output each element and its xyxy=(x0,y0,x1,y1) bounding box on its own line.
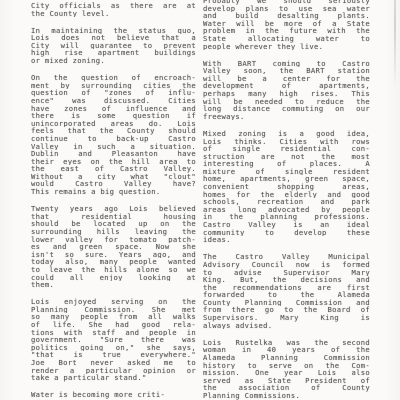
text-line: Joe Bort never asked me to xyxy=(31,359,196,367)
text-line: so many people from all walks xyxy=(31,313,196,321)
text-line: Mixed zoning is a good idea, xyxy=(203,130,370,138)
text-line: ence" was discussed. Cities xyxy=(31,97,196,105)
text-line: City will guarantee to prevent xyxy=(31,42,196,50)
paragraph: Lois enjoyed serving on thePlanning Comm… xyxy=(31,298,196,382)
text-line: will be a center for the xyxy=(203,75,370,83)
text-line: have zones of influence and xyxy=(31,105,196,113)
text-line: interesting of places. A xyxy=(203,160,370,168)
text-line: King. But, the decisions and xyxy=(203,276,370,284)
text-line: Water will be more of a State xyxy=(203,20,370,28)
text-line: surrounding hills leaving the xyxy=(31,228,196,236)
text-line: On the question of encroach- xyxy=(31,74,196,82)
paragraph: Mixed zoning is a good idea,Lois thinks.… xyxy=(203,130,370,244)
text-line: long distance commuting on our xyxy=(203,105,370,113)
text-line: Lois enjoyed serving on the xyxy=(31,298,196,306)
text-line: perhaps many high rises. This xyxy=(203,90,370,98)
text-line: Planning Commission. She met xyxy=(31,306,196,314)
text-line: from there go to the Board of xyxy=(203,306,370,314)
text-line: always advised. xyxy=(203,322,370,330)
text-line: or mixed zoning. xyxy=(31,57,196,65)
text-line: would Castro Valley have? xyxy=(31,180,196,188)
text-line: politics going on," she says, xyxy=(31,344,196,352)
text-line: areas long advocated by people xyxy=(203,206,370,214)
paragraph: The Castro Valley MunicipalAdvisory Coun… xyxy=(203,253,370,329)
text-line: development of apartments, xyxy=(203,82,370,90)
scan-artifact-streak xyxy=(394,0,396,88)
text-line: Valley soon, the BART station xyxy=(203,67,370,75)
text-line: should be located up on the xyxy=(31,220,196,228)
paragraph: With BART coming to CastroValley soon, t… xyxy=(203,60,370,121)
text-line: Supervisors. Mary King is xyxy=(203,314,370,322)
text-line: high rise apartment buildings xyxy=(31,49,196,57)
text-line: "that is true everywhere." xyxy=(31,351,196,359)
text-line: lower valley for tomato patch- xyxy=(31,236,196,244)
paragraph: In maintaining the status quo,Lois does … xyxy=(31,27,196,65)
text-line: Castro Valley is an ideal xyxy=(203,221,370,229)
text-line: County Planning Commission and xyxy=(203,299,370,307)
text-line: Advisory Council now is formed xyxy=(203,261,370,269)
text-line: In maintaining the status quo, xyxy=(31,27,196,35)
text-line: the east of Castro Valley. xyxy=(31,165,196,173)
paragraph: Twenty years ago Lois believedthat resid… xyxy=(31,205,196,289)
text-line: problem in the future with the xyxy=(203,27,370,35)
text-line: City officials as there are at xyxy=(31,2,196,10)
text-line: Without a city what "clout" xyxy=(31,173,196,181)
text-line: ideas. xyxy=(203,236,370,244)
text-line: render a particular opinion or xyxy=(31,367,196,375)
text-line: Lois thinks. Cities with rows xyxy=(203,138,370,146)
text-column-right: Probably we should seriouslydevelop plan… xyxy=(203,0,370,400)
text-line: Valley in such a situation. xyxy=(31,143,196,151)
text-line: to leave the hills alone so we xyxy=(31,266,196,274)
text-line: es and green space. Now she xyxy=(31,243,196,251)
paragraph: Water is becoming more criti- xyxy=(31,391,196,399)
text-line: served as State President of xyxy=(203,377,370,385)
text-line: and build desalting plants. xyxy=(203,12,370,20)
text-line: question of "zones of influ- xyxy=(31,89,196,97)
text-line: Planning Commissions. xyxy=(203,392,370,400)
text-line: ment by surrounding cities the xyxy=(31,82,196,90)
text-line: The Castro Valley Municipal xyxy=(203,253,370,261)
text-line: unincorporated areas do. Lois xyxy=(31,120,196,128)
text-line: convenient shopping areas, xyxy=(203,183,370,191)
text-line: continue to back-up Castro xyxy=(31,135,196,143)
text-line: develop plans to use sea water xyxy=(203,5,370,13)
text-line: Water is becoming more criti- xyxy=(31,391,196,399)
paragraph: City officials as there are atthe County… xyxy=(31,2,196,17)
text-line: isn't so sure. Years ago, and xyxy=(31,251,196,259)
text-line: Dublin and Pleasanton have xyxy=(31,150,196,158)
text-line: could all enjoy looking at xyxy=(31,274,196,282)
text-line: people wherever they live. xyxy=(203,43,370,51)
text-line: of life. She had good rela- xyxy=(31,321,196,329)
text-line: tions with staff and people in xyxy=(31,329,196,337)
paragraph: Lois Rustelka was the secondwoman in 40 … xyxy=(203,339,370,400)
text-line: in the planning professions. xyxy=(203,213,370,221)
text-line: Alameda Planning Commission xyxy=(203,354,370,362)
text-line: struction are not the most xyxy=(203,153,370,161)
text-line: schools, recreation and park xyxy=(203,198,370,206)
text-line: mixture of single resident xyxy=(203,168,370,176)
text-line: community to develop these xyxy=(203,229,370,237)
text-line: them. xyxy=(31,281,196,289)
text-line: the County level. xyxy=(31,10,196,18)
text-line: forwarded to the Alameda xyxy=(203,291,370,299)
text-line: This remains a big question. xyxy=(31,188,196,196)
text-line: will be needed to reduce the xyxy=(203,98,370,106)
text-column-left: City officials as there are atthe County… xyxy=(31,2,196,399)
text-line: woman in 40 years of the xyxy=(203,346,370,354)
text-line: Lois Rustelka was the second xyxy=(203,339,370,347)
paragraph: Probably we should seriouslydevelop plan… xyxy=(203,0,370,50)
text-line: Lois does not believe that a xyxy=(31,34,196,42)
text-line: mission. One year Lois also xyxy=(203,369,370,377)
text-line: homes for the elderly and good xyxy=(203,191,370,199)
text-line: State allocating water to xyxy=(203,35,370,43)
text-line: Twenty years ago Lois believed xyxy=(31,205,196,213)
text-line: that residential housing xyxy=(31,213,196,221)
text-line: home, apartments, green space, xyxy=(203,175,370,183)
text-line: to advise Supervisor Mary xyxy=(203,269,370,277)
text-line: their eyes on the hill area to xyxy=(31,158,196,166)
text-line: take a particular stand." xyxy=(31,374,196,382)
text-line: today also, many people wanted xyxy=(31,258,196,266)
scanned-document-page: City officials as there are atthe County… xyxy=(0,0,400,400)
text-line: government. "Sure there was xyxy=(31,336,196,344)
text-line: the association of County xyxy=(203,384,370,392)
text-line: history to serve on the Com- xyxy=(203,362,370,370)
text-line: the recommendations are first xyxy=(203,284,370,292)
text-line: there is some question if xyxy=(31,112,196,120)
text-line: feels that the County should xyxy=(31,127,196,135)
paragraph: On the question of encroach-ment by surr… xyxy=(31,74,196,196)
text-line: With BART coming to Castro xyxy=(203,60,370,68)
text-line: freeways. xyxy=(203,113,370,121)
text-line: of single residential con- xyxy=(203,145,370,153)
